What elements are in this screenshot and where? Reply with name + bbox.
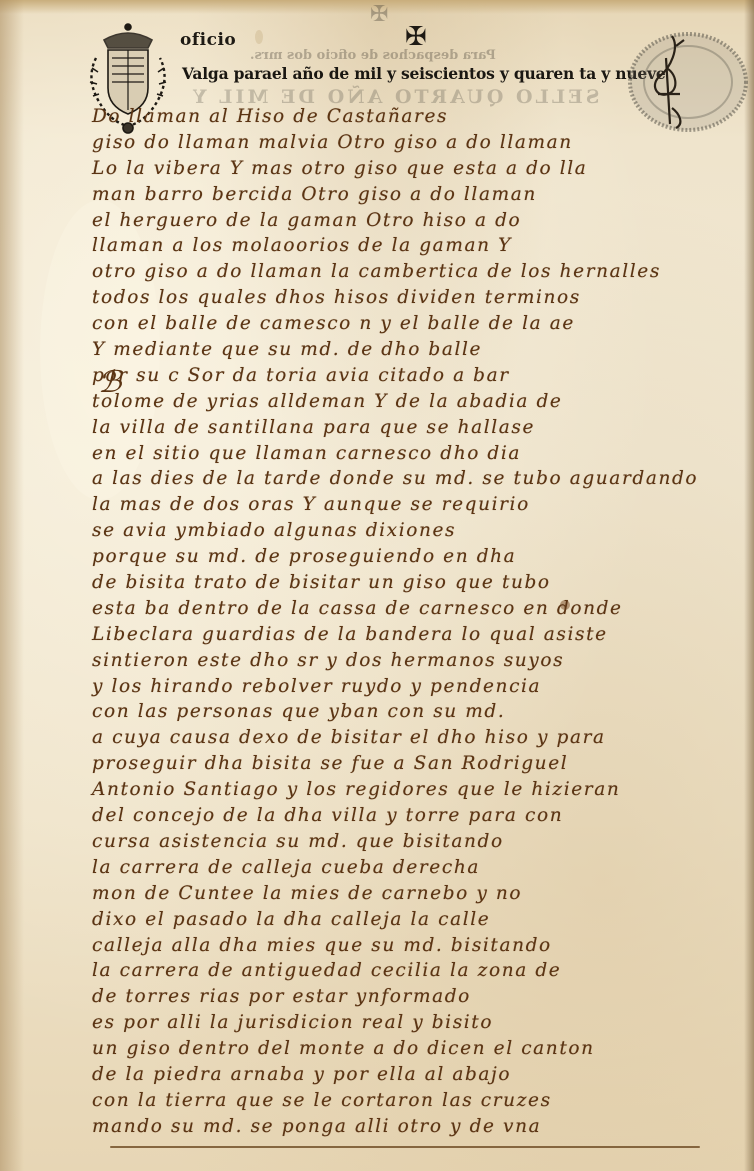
manuscript-line: a las dies de la tarde donde su md. se t… bbox=[92, 466, 742, 492]
manuscript-line: de la piedra arnaba y por ella al abajo bbox=[92, 1062, 742, 1088]
office-label: oficio bbox=[180, 30, 236, 50]
manuscript-page: ✠ oficio ✠ Para despachos de oficio dos … bbox=[0, 0, 754, 1171]
manuscript-line: Libeclara guardias de la bandera lo qual… bbox=[92, 622, 742, 648]
manuscript-body: Do llaman al Hiso de Castañares giso do … bbox=[92, 104, 742, 1140]
manuscript-line: esta ba dentro de la cassa de carnesco e… bbox=[92, 596, 742, 622]
manuscript-line: llaman a los molaoorios de la gaman Y bbox=[92, 233, 742, 259]
manuscript-line: mon de Cuntee la mies de carnebo y no bbox=[92, 881, 742, 907]
manuscript-line: Y mediante que su md. de dho balle bbox=[92, 337, 742, 363]
paper-edge-left bbox=[0, 0, 24, 1171]
manuscript-line: proseguir dha bisita se fue a San Rodrig… bbox=[92, 751, 742, 777]
cross-icon: ✠ bbox=[405, 24, 427, 50]
manuscript-line: se avia ymbiado algunas dixiones bbox=[92, 518, 742, 544]
manuscript-line: man barro bercida Otro giso a do llaman bbox=[92, 182, 742, 208]
manuscript-line: calleja alla dha mies que su md. bisitan… bbox=[92, 933, 742, 959]
manuscript-line: la villa de santillana para que se halla… bbox=[92, 415, 742, 441]
validity-line: Valga parael año de mil y seiscientos y … bbox=[182, 64, 666, 83]
stain-spot bbox=[255, 30, 263, 44]
manuscript-line: de torres rias por estar ynformado bbox=[92, 984, 742, 1010]
manuscript-line: es por alli la jurisdicion real y bisito bbox=[92, 1010, 742, 1036]
paper-edge-right bbox=[744, 0, 754, 1171]
manuscript-line: Antonio Santiago y los regidores que le … bbox=[92, 777, 742, 803]
manuscript-line: cursa asistencia su md. que bisitando bbox=[92, 829, 742, 855]
manuscript-line: un giso dentro del monte a do dicen el c… bbox=[92, 1036, 742, 1062]
manuscript-line: por su c Sor da toria avia citado a bar bbox=[92, 363, 742, 389]
manuscript-line: del concejo de la dha villa y torre para… bbox=[92, 803, 742, 829]
manuscript-line: mando su md. se ponga alli otro y de vna bbox=[92, 1114, 742, 1140]
manuscript-line: dixo el pasado la dha calleja la calle bbox=[92, 907, 742, 933]
manuscript-line: todos los quales dhos hisos dividen term… bbox=[92, 285, 742, 311]
ghost-cross-icon: ✠ bbox=[370, 4, 388, 26]
manuscript-line: y los hirando rebolver ruydo y pendencia bbox=[92, 674, 742, 700]
manuscript-line: giso do llaman malvia Otro giso a do lla… bbox=[92, 130, 742, 156]
bleed-through-text: Para despachos de oficio dos mrs. bbox=[250, 48, 496, 63]
manuscript-line: tolome de yrias alldeman Y de la abadia … bbox=[92, 389, 742, 415]
manuscript-line: con el balle de camesco n y el balle de … bbox=[92, 311, 742, 337]
manuscript-line: con las personas que yban con su md. bbox=[92, 699, 742, 725]
manuscript-line: Do llaman al Hiso de Castañares bbox=[92, 104, 742, 130]
manuscript-line: Lo la vibera Y mas otro giso que esta a … bbox=[92, 156, 742, 182]
manuscript-line: la carrera de calleja cueba derecha bbox=[92, 855, 742, 881]
manuscript-line: la carrera de antiguedad cecilia la zona… bbox=[92, 958, 742, 984]
manuscript-line: con la tierra que se le cortaron las cru… bbox=[92, 1088, 742, 1114]
manuscript-line: en el sitio que llaman carnesco dho dia bbox=[92, 441, 742, 467]
manuscript-line: sintieron este dho sr y dos hermanos suy… bbox=[92, 648, 742, 674]
manuscript-line: de bisita trato de bisitar un giso que t… bbox=[92, 570, 742, 596]
manuscript-line: porque su md. de proseguiendo en dha bbox=[92, 544, 742, 570]
manuscript-line: otro giso a do llaman la cambertica de l… bbox=[92, 259, 742, 285]
manuscript-line: el herguero de la gaman Otro hiso a do bbox=[92, 208, 742, 234]
closing-rule bbox=[110, 1146, 700, 1148]
manuscript-line: a cuya causa dexo de bisitar el dho hiso… bbox=[92, 725, 742, 751]
manuscript-line: la mas de dos oras Y aunque se requirio bbox=[92, 492, 742, 518]
